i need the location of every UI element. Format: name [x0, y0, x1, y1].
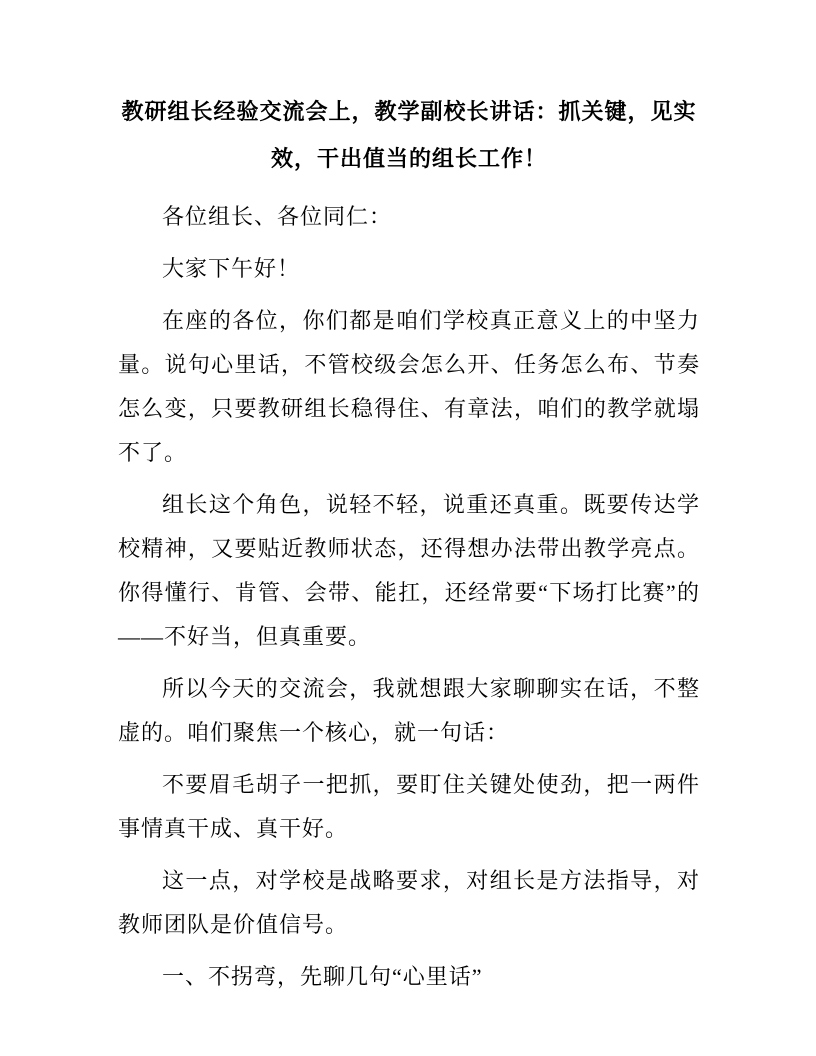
body-paragraph: 在座的各位，你们都是咱们学校真正意义上的中坚力量。说句心里话，不管校级会怎么开、… — [118, 299, 700, 475]
document-title: 教研组长经验交流会上，教学副校长讲话：抓关键，见实效，干出值当的组长工作！ — [118, 88, 700, 182]
body-paragraph: 这一点，对学校是战略要求，对组长是方法指导，对教师团队是价值信号。 — [118, 859, 700, 947]
greeting-line: 大家下午好！ — [118, 247, 700, 291]
section-heading: 一、不拐弯，先聊几句“心里话” — [118, 955, 700, 999]
body-paragraph: 不要眉毛胡子一把抓，要盯住关键处使劲，把一两件事情真干成、真干好。 — [118, 763, 700, 851]
body-paragraph: 组长这个角色，说轻不轻，说重还真重。既要传达学校精神，又要贴近教师状态，还得想办… — [118, 483, 700, 659]
document-page: 教研组长经验交流会上，教学副校长讲话：抓关键，见实效，干出值当的组长工作！ 各位… — [0, 0, 816, 1056]
body-paragraph: 所以今天的交流会，我就想跟大家聊聊实在话，不整虚的。咱们聚焦一个核心，就一句话： — [118, 667, 700, 755]
salutation-line: 各位组长、各位同仁： — [118, 195, 700, 239]
